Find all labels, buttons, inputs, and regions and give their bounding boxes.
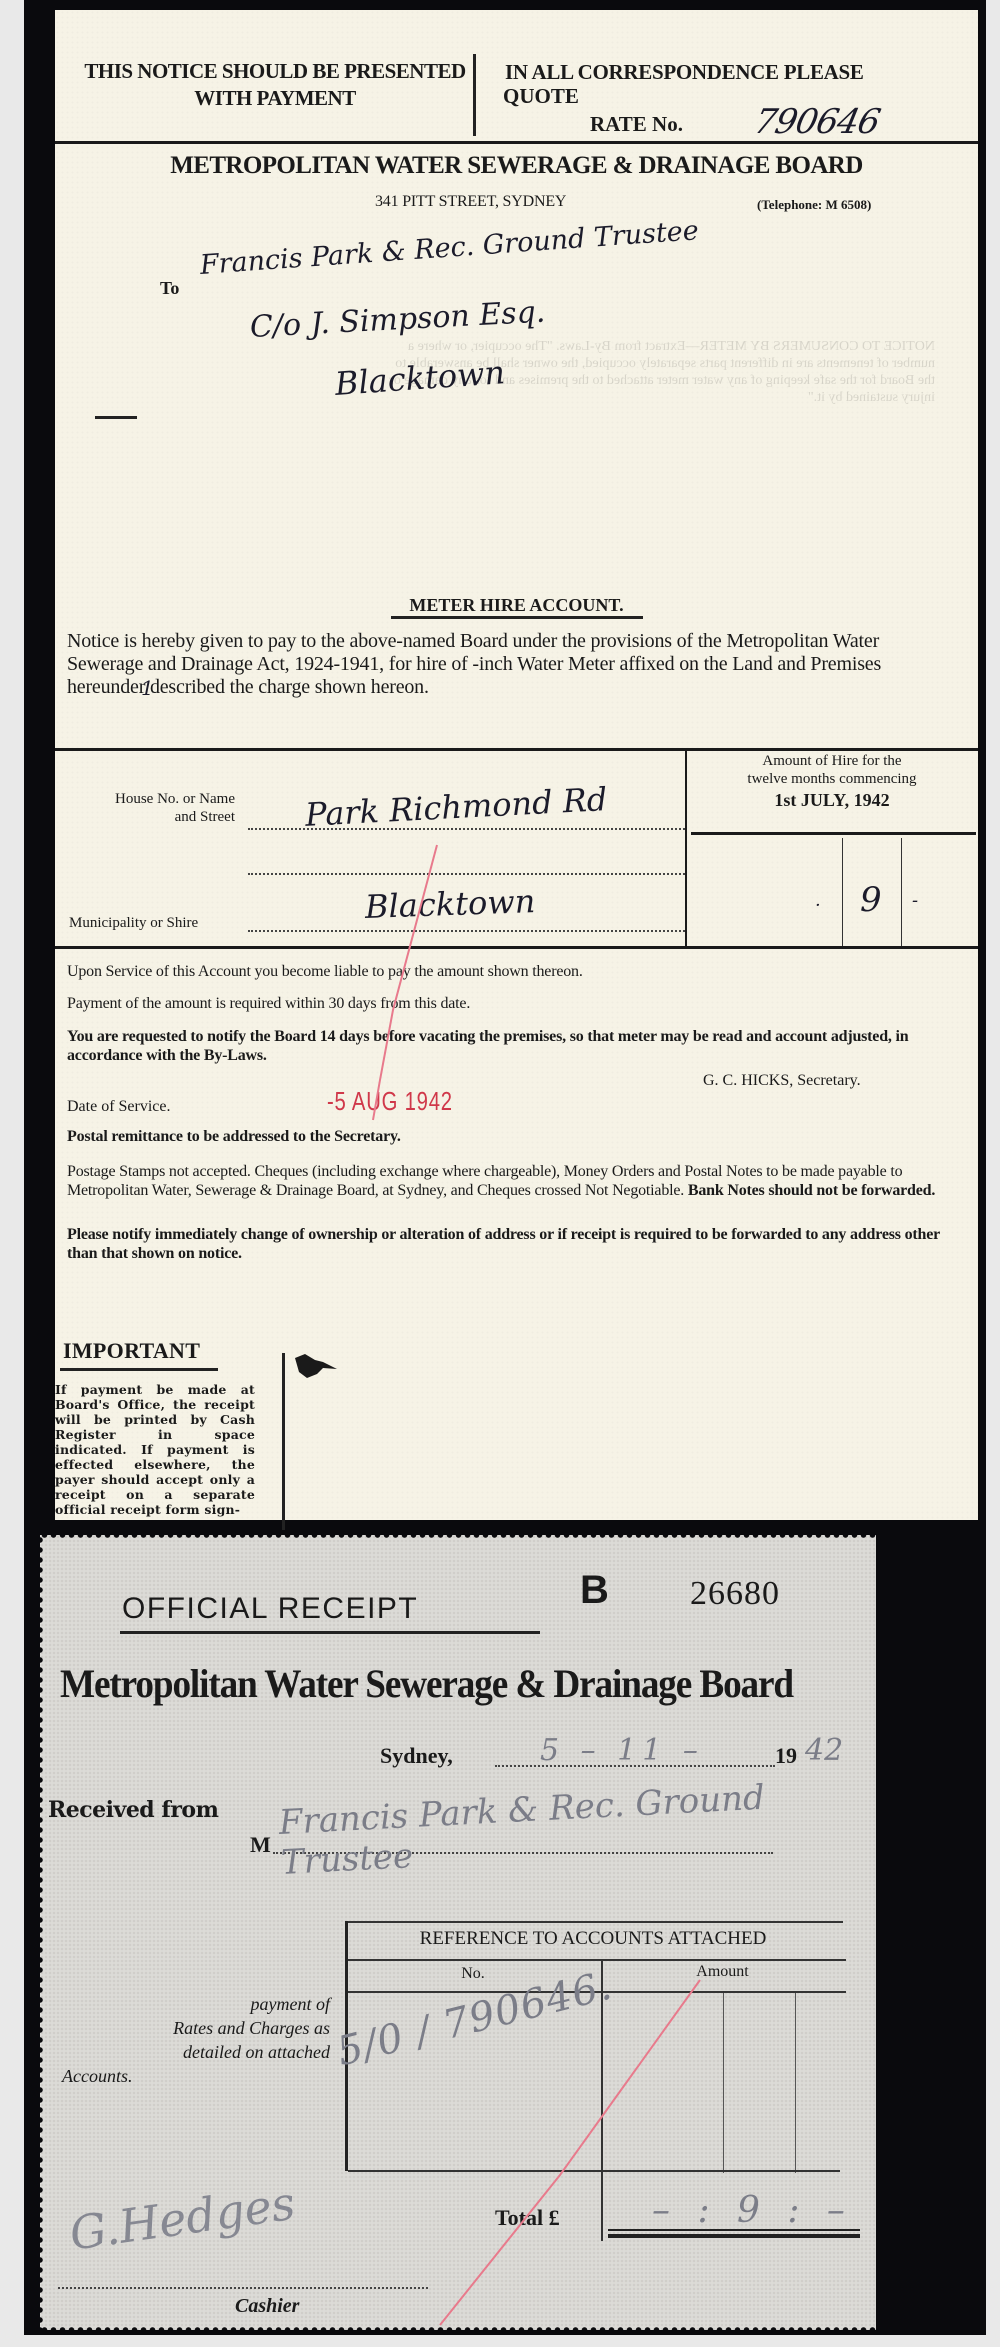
header-divider bbox=[473, 54, 476, 136]
year-prefix: 19 bbox=[775, 1743, 797, 1769]
important-title: IMPORTANT bbox=[63, 1338, 200, 1364]
receipt-title: OFFICIAL RECEIPT bbox=[122, 1592, 418, 1626]
perforation-top bbox=[40, 1531, 876, 1539]
meter-hire-title-underline bbox=[391, 616, 643, 619]
header-rule bbox=[55, 141, 978, 144]
m-label: M bbox=[250, 1832, 271, 1858]
board-title: METROPOLITAN WATER SEWERAGE & DRAINAGE B… bbox=[55, 152, 978, 180]
year-suffix: 42 bbox=[805, 1733, 843, 1768]
column-amount: Amount bbox=[600, 1963, 845, 1981]
receipt-board-title: Metropolitan Water Sewerage & Drainage B… bbox=[60, 1660, 793, 1707]
correspondence-header: IN ALL CORRESPONDENCE PLEASE bbox=[505, 60, 864, 84]
terms-liability: Upon Service of this Account you become … bbox=[67, 962, 947, 981]
sydney-label: Sydney, bbox=[380, 1743, 453, 1769]
hire-heading-line2: twelve months commencing bbox=[687, 770, 977, 788]
hire-rule bbox=[691, 832, 976, 835]
perforation-left bbox=[36, 1535, 44, 2330]
accounts-table-heading: REFERENCE TO ACCOUNTS ATTACHED bbox=[348, 1928, 838, 1950]
cashier-signature: G.Hedges bbox=[66, 2176, 298, 2261]
payment-line-1: payment of bbox=[62, 1992, 330, 2016]
date-of-service-label: Date of Service. bbox=[67, 1098, 171, 1116]
correspondence-quote: QUOTE bbox=[503, 84, 579, 109]
cashier-label: Cashier bbox=[235, 2295, 299, 2318]
total-rule-thick bbox=[608, 2234, 860, 2238]
amount-divider-2 bbox=[795, 1993, 796, 2173]
important-underline bbox=[60, 1368, 218, 1371]
hire-commencing-date: 1st JULY, 1942 bbox=[687, 790, 977, 811]
hire-heading: Amount of Hire for the twelve months com… bbox=[687, 752, 977, 788]
municipality-dotted-line bbox=[248, 930, 685, 932]
accounts-table-bottom bbox=[348, 2170, 840, 2172]
secretary-signature: G. C. HICKS, Secretary. bbox=[703, 1072, 861, 1090]
address-dotted-line bbox=[248, 873, 685, 875]
cashier-dotted-line bbox=[58, 2287, 428, 2289]
hire-pence: - bbox=[912, 890, 918, 911]
rate-number-label: RATE No. bbox=[590, 112, 683, 137]
municipality-label: Municipality or Shire bbox=[69, 915, 198, 932]
date-of-service-stamp: -5 AUG 1942 bbox=[327, 1086, 453, 1117]
house-label-line2: and Street bbox=[95, 808, 235, 826]
important-divider bbox=[282, 1353, 285, 1530]
page-margin bbox=[0, 2335, 1000, 2347]
terms-vacating: You are requested to notify the Board 14… bbox=[67, 1027, 947, 1065]
board-telephone: (Telephone: M 6508) bbox=[757, 197, 871, 213]
meter-hire-title: METER HIRE ACCOUNT. bbox=[55, 595, 978, 616]
accounts-table-heading-rule bbox=[348, 1959, 846, 1961]
premises-box-bottom bbox=[55, 946, 978, 949]
hire-heading-line1: Amount of Hire for the bbox=[687, 752, 977, 770]
terms-payment-period: Payment of the amount is required within… bbox=[67, 994, 947, 1013]
total-rule-thin bbox=[608, 2229, 860, 2231]
terms-payment-methods: Postage Stamps not accepted. Cheques (in… bbox=[67, 1162, 947, 1200]
hire-column-divider-1 bbox=[842, 838, 843, 946]
address-rule bbox=[95, 416, 137, 419]
official-receipt: OFFICIAL RECEIPT B 26680 Metropolitan Wa… bbox=[40, 1535, 876, 2330]
municipality-value: Blacktown bbox=[364, 882, 535, 926]
meter-size-value: 1 bbox=[141, 676, 154, 700]
terms-bank-notes: Bank Notes should not be forwarded. bbox=[688, 1182, 935, 1199]
terms-postal-remittance: Postal remittance to be addressed to the… bbox=[67, 1127, 947, 1146]
payment-line-4: Accounts. bbox=[62, 2064, 330, 2088]
house-label: House No. or Name and Street bbox=[95, 790, 235, 826]
house-value: Park Richmond Rd bbox=[304, 780, 608, 834]
accounts-table-top bbox=[345, 1921, 843, 1923]
payment-line-2: Rates and Charges as bbox=[62, 2016, 330, 2040]
board-address: 341 PITT STREET, SYDNEY bbox=[375, 193, 566, 211]
premises-box-top bbox=[55, 748, 978, 751]
pointing-hand-icon bbox=[293, 1352, 341, 1382]
rate-number-value: 790646 bbox=[751, 102, 883, 142]
notice-body: Notice is hereby given to pay to the abo… bbox=[67, 630, 947, 699]
payment-line-3: detailed on attached bbox=[62, 2040, 330, 2064]
to-label: To bbox=[160, 278, 179, 299]
total-value: – : 9 : – bbox=[652, 2190, 853, 2231]
receipt-title-underline bbox=[120, 1631, 540, 1634]
terms-change-of-address: Please notify immediately change of owne… bbox=[67, 1225, 947, 1263]
received-from-value: Francis Park & Rec. Ground Trustee bbox=[278, 1772, 877, 1883]
hire-shillings: 9 bbox=[860, 880, 882, 920]
total-label: Total £ bbox=[495, 2205, 560, 2231]
present-with-payment-header: THIS NOTICE SHOULD BE PRESENTED WITH PAY… bbox=[70, 58, 480, 112]
hire-column-divider-2 bbox=[901, 838, 902, 946]
hire-pounds: · bbox=[815, 895, 821, 916]
addressee-line-1: Francis Park & Rec. Ground Trustee bbox=[199, 215, 700, 281]
receipt-number: 26680 bbox=[690, 1575, 780, 1613]
perforation-bottom bbox=[40, 2326, 876, 2334]
payment-description: payment of Rates and Charges as detailed… bbox=[62, 1992, 330, 2088]
receipt-date-value: 5 – 11 – bbox=[540, 1733, 704, 1768]
receipt-series: B bbox=[580, 1568, 609, 1613]
received-from-label: Received from bbox=[48, 1797, 218, 1823]
important-body: If payment be made at Board's Office, th… bbox=[55, 1382, 255, 1517]
meter-hire-notice: THIS NOTICE SHOULD BE PRESENTED WITH PAY… bbox=[55, 10, 978, 1520]
house-label-line1: House No. or Name bbox=[95, 790, 235, 808]
amount-divider-1 bbox=[723, 1993, 724, 2173]
